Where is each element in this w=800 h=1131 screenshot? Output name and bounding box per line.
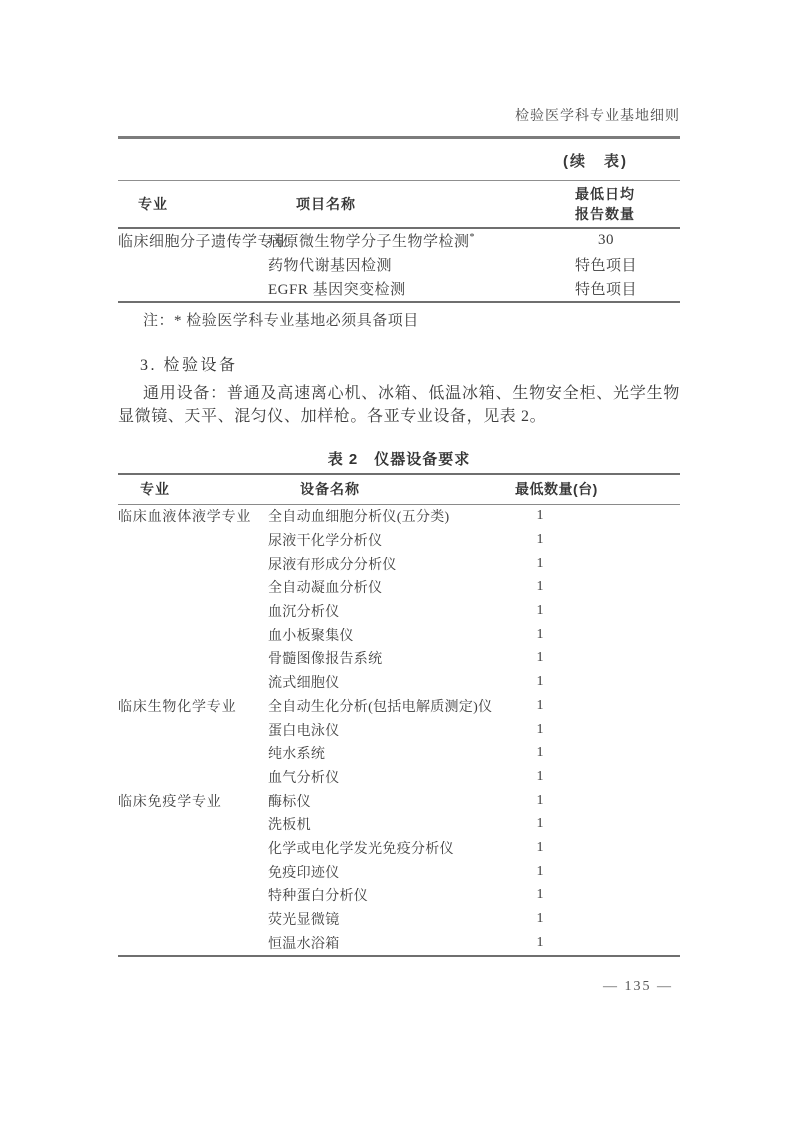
quantity-cell: 1 <box>510 911 570 927</box>
device-cell: 荧光显微镜 <box>268 909 510 929</box>
table-note: 注：* 检验医学科专业基地必须具备项目 <box>118 311 680 331</box>
table-row: 尿液干化学分析仪 1 <box>118 528 680 552</box>
table-row: 血沉分析仪 1 <box>118 599 680 623</box>
table-row: 全自动凝血分析仪 1 <box>118 576 680 600</box>
quantity-cell: 1 <box>510 816 570 832</box>
quantity-cell: 1 <box>510 674 570 690</box>
quantity-cell: 1 <box>510 579 570 595</box>
table2-header-specialty: 专业 <box>118 479 268 499</box>
item-name: 病原微生物学分子生物学检测 <box>268 234 470 250</box>
device-cell: 特种蛋白分析仪 <box>268 885 510 905</box>
device-cell: 血沉分析仪 <box>268 601 510 621</box>
table1-header-min-daily-reports: 最低日均 报告数量 <box>575 184 680 224</box>
equipment-table: 专业 设备名称 最低数量(台) 临床血液体液学专业 全自动血细胞分析仪(五分类)… <box>118 473 680 957</box>
table-row: 蛋白电泳仪 1 <box>118 718 680 742</box>
quantity-cell: 1 <box>510 532 570 548</box>
quantity-cell: 1 <box>510 887 570 903</box>
table-row: 临床生物化学专业 全自动生化分析(包括电解质测定)仪 1 <box>118 694 680 718</box>
specialty-cell: 临床血液体液学专业 <box>118 506 268 526</box>
table-row: 尿液有形成分分析仪 1 <box>118 552 680 576</box>
section-heading: 3. 检验设备 <box>118 355 680 377</box>
device-cell: 化学或电化学发光免疫分析仪 <box>268 838 510 858</box>
table-row: 血小板聚集仪 1 <box>118 623 680 647</box>
table-row: EGFR 基因突变检测 特色项目 <box>118 277 680 301</box>
device-cell: 恒温水浴箱 <box>268 933 510 953</box>
value-cell: 特色项目 <box>575 254 637 275</box>
quantity-cell: 1 <box>510 650 570 666</box>
table-row: 骨髓图像报告系统 1 <box>118 647 680 671</box>
continued-table-label: (续 表) <box>118 152 680 172</box>
table-row: 荧光显微镜 1 <box>118 907 680 931</box>
table1-header-line2: 报告数量 <box>575 204 680 224</box>
specialty-cell: 临床免疫学专业 <box>118 791 268 811</box>
device-cell: 全自动凝血分析仪 <box>268 577 510 597</box>
asterisk-mark: * <box>470 232 476 243</box>
page-number: — 135 — <box>118 978 680 996</box>
table1-header-row: 专业 项目名称 最低日均 报告数量 <box>118 181 680 229</box>
device-cell: 全自动生化分析(包括电解质测定)仪 <box>268 696 510 716</box>
item-cell: 病原微生物学分子生物学检测* <box>268 230 575 251</box>
device-cell: 流式细胞仪 <box>268 672 510 692</box>
quantity-cell: 1 <box>510 745 570 761</box>
device-cell: 免疫印迹仪 <box>268 862 510 882</box>
table-row: 洗板机 1 <box>118 812 680 836</box>
device-cell: 尿液干化学分析仪 <box>268 530 510 550</box>
table2-header-device: 设备名称 <box>268 479 510 499</box>
item-name: 药物代谢基因检测 <box>268 258 392 274</box>
table2-caption: 表 2 仪器设备要求 <box>118 449 680 470</box>
device-cell: 骨髓图像报告系统 <box>268 648 510 668</box>
quantity-cell: 1 <box>510 840 570 856</box>
table1-header-item: 项目名称 <box>268 194 575 214</box>
quantity-cell: 1 <box>510 603 570 619</box>
device-cell: 纯水系统 <box>268 743 510 763</box>
document-page: 检验医学科专业基地细则 (续 表) 专业 项目名称 最低日均 报告数量 临床细胞… <box>0 0 800 1131</box>
table1-header-specialty: 专业 <box>118 194 268 214</box>
table-row: 免疫印迹仪 1 <box>118 860 680 884</box>
table-row: 药物代谢基因检测 特色项目 <box>118 253 680 277</box>
general-equipment-paragraph: 通用设备：普通及高速离心机、冰箱、低温冰箱、生物安全柜、光学生物显微镜、天平、混… <box>118 382 680 429</box>
device-cell: 酶标仪 <box>268 791 510 811</box>
specialty-cell: 临床细胞分子遗传学专业 <box>118 230 268 251</box>
table-row: 恒温水浴箱 1 <box>118 931 680 955</box>
table-row: 临床免疫学专业 酶标仪 1 <box>118 789 680 813</box>
quantity-cell: 1 <box>510 769 570 785</box>
item-name: EGFR 基因突变检测 <box>268 282 406 298</box>
table-row: 化学或电化学发光免疫分析仪 1 <box>118 836 680 860</box>
device-cell: 蛋白电泳仪 <box>268 720 510 740</box>
table-row: 血气分析仪 1 <box>118 765 680 789</box>
device-cell: 血小板聚集仪 <box>268 625 510 645</box>
header-rule <box>118 136 680 139</box>
running-header: 检验医学科专业基地细则 <box>118 108 680 126</box>
table-row: 临床血液体液学专业 全自动血细胞分析仪(五分类) 1 <box>118 505 680 529</box>
value-cell: 30 <box>575 232 637 249</box>
quantity-cell: 1 <box>510 698 570 714</box>
device-cell: 尿液有形成分分析仪 <box>268 554 510 574</box>
quantity-cell: 1 <box>510 864 570 880</box>
value-cell: 特色项目 <box>575 278 637 299</box>
quantity-cell: 1 <box>510 793 570 809</box>
page-content: 检验医学科专业基地细则 (续 表) 专业 项目名称 最低日均 报告数量 临床细胞… <box>118 0 680 996</box>
quantity-cell: 1 <box>510 556 570 572</box>
specialty-cell: 临床生物化学专业 <box>118 696 268 716</box>
device-cell: 全自动血细胞分析仪(五分类) <box>268 506 510 526</box>
table2-header-min-quantity: 最低数量(台) <box>510 479 680 499</box>
table-row: 特种蛋白分析仪 1 <box>118 884 680 908</box>
quantity-cell: 1 <box>510 935 570 951</box>
item-cell: 药物代谢基因检测 <box>268 254 575 275</box>
table-row: 临床细胞分子遗传学专业 病原微生物学分子生物学检测* 30 <box>118 229 680 253</box>
device-cell: 洗板机 <box>268 814 510 834</box>
table1-header-line1: 最低日均 <box>575 184 680 204</box>
item-cell: EGFR 基因突变检测 <box>268 278 575 299</box>
quantity-cell: 1 <box>510 722 570 738</box>
continued-projects-table: 专业 项目名称 最低日均 报告数量 临床细胞分子遗传学专业 病原微生物学分子生物… <box>118 180 680 303</box>
quantity-cell: 1 <box>510 627 570 643</box>
quantity-cell: 1 <box>510 508 570 524</box>
table-row: 流式细胞仪 1 <box>118 670 680 694</box>
table2-header-row: 专业 设备名称 最低数量(台) <box>118 475 680 505</box>
table-row: 纯水系统 1 <box>118 741 680 765</box>
device-cell: 血气分析仪 <box>268 767 510 787</box>
